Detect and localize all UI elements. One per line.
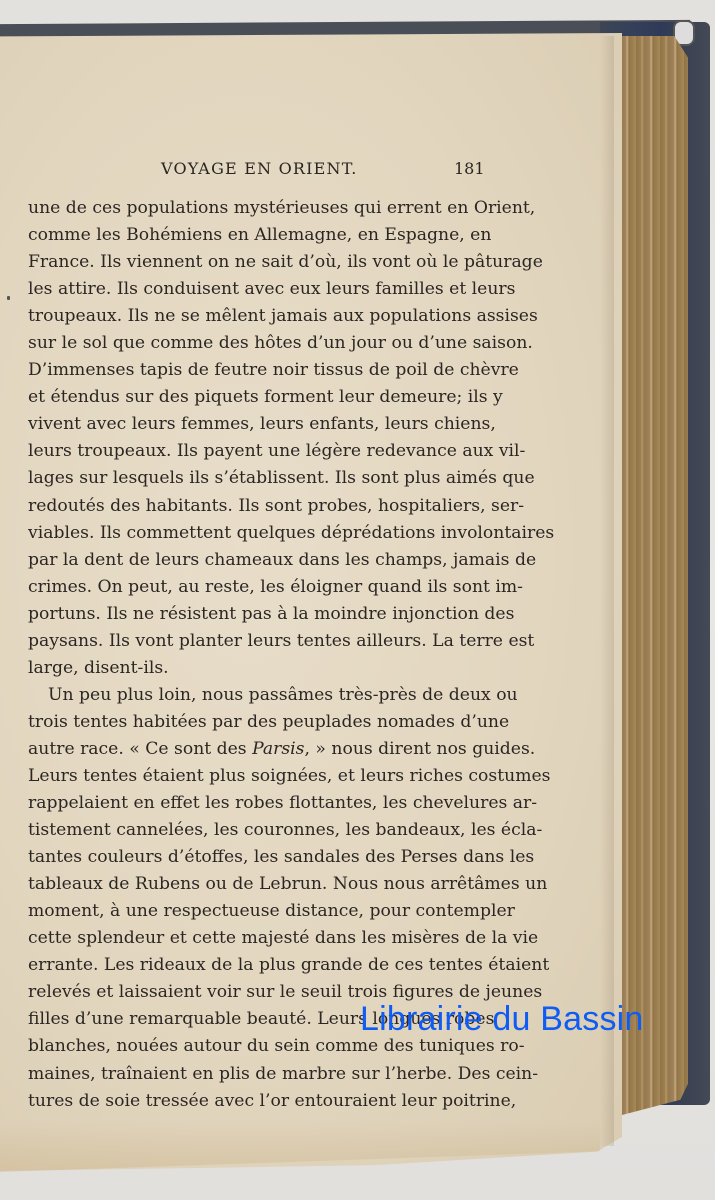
text-line: leurs troupeaux. Ils payent une légère r… (28, 438, 482, 465)
paragraph-end-line: large, disent-ils. (28, 655, 482, 682)
body-text: une de ces populations mystérieuses qui … (28, 195, 482, 1115)
page-block-fore-edge (612, 36, 688, 1116)
running-header: VOYAGE EN ORIENT. 181 (0, 157, 500, 181)
text-line: comme les Bohémiens en Allemagne, en Esp… (28, 222, 482, 249)
text-line: moment, à une respectueuse distance, pou… (28, 898, 482, 925)
page-edge-shadow (600, 36, 614, 1146)
text-line: les attire. Ils conduisent avec eux leur… (28, 276, 482, 303)
text-line: crimes. On peut, au reste, les éloigner … (28, 574, 482, 601)
text-line: D’immenses tapis de feutre noir tissus d… (28, 357, 482, 384)
text-line: une de ces populations mystérieuses qui … (28, 195, 482, 222)
text-line: tableaux de Rubens ou de Lebrun. Nous no… (28, 871, 482, 898)
text-line: paysans. Ils vont planter leurs tentes a… (28, 628, 482, 655)
italic-term-parsis: Parsis (252, 739, 304, 759)
text-line: tantes couleurs d’étoffes, les sandales … (28, 844, 482, 871)
text-line: errante. Les rideaux de la plus grande d… (28, 952, 482, 979)
text-line: Leurs tentes étaient plus soignées, et l… (28, 763, 482, 790)
margin-mark (7, 296, 10, 300)
text-line-with-italic: autre race. « Ce sont des Parsis, » nous… (28, 736, 482, 763)
text-line: lages sur lesquels ils s’établissent. Il… (28, 465, 482, 492)
text-line: maines, traînaient en plis de marbre sur… (28, 1061, 482, 1088)
text-line: sur le sol que comme des hôtes d’un jour… (28, 330, 482, 357)
text-line: tistement cannelées, les couronnes, les … (28, 817, 482, 844)
watermark-text: Librairie du Bassin (360, 1000, 644, 1039)
text-line: trois tentes habitées par des peuplades … (28, 709, 482, 736)
text-line: et étendus sur des piquets forment leur … (28, 384, 482, 411)
text-line: viables. Ils commettent quelques dépréda… (28, 520, 482, 547)
paragraph-start-line: Un peu plus loin, nous passâmes très-prè… (28, 682, 482, 709)
running-head-title: VOYAGE EN ORIENT. (161, 159, 358, 178)
text-line: portuns. Ils ne résistent pas à la moind… (28, 601, 482, 628)
text-line: redoutés des habitants. Ils sont probes,… (28, 493, 482, 520)
page-number: 181 (454, 159, 485, 178)
text-fragment: autre race. « Ce sont des (28, 739, 252, 759)
text-line: vivent avec leurs femmes, leurs enfants,… (28, 411, 482, 438)
text-line: tures de soie tressée avec l’or entourai… (28, 1088, 482, 1115)
text-line: cette splendeur et cette majesté dans le… (28, 925, 482, 952)
text-line: rappelaient en effet les robes flottante… (28, 790, 482, 817)
text-fragment: , » nous dirent nos guides. (305, 739, 536, 759)
text-line: par la dent de leurs chameaux dans les c… (28, 547, 482, 574)
text-line: troupeaux. Ils ne se mêlent jamais aux p… (28, 303, 482, 330)
text-line: France. Ils viennent on ne sait d’où, il… (28, 249, 482, 276)
